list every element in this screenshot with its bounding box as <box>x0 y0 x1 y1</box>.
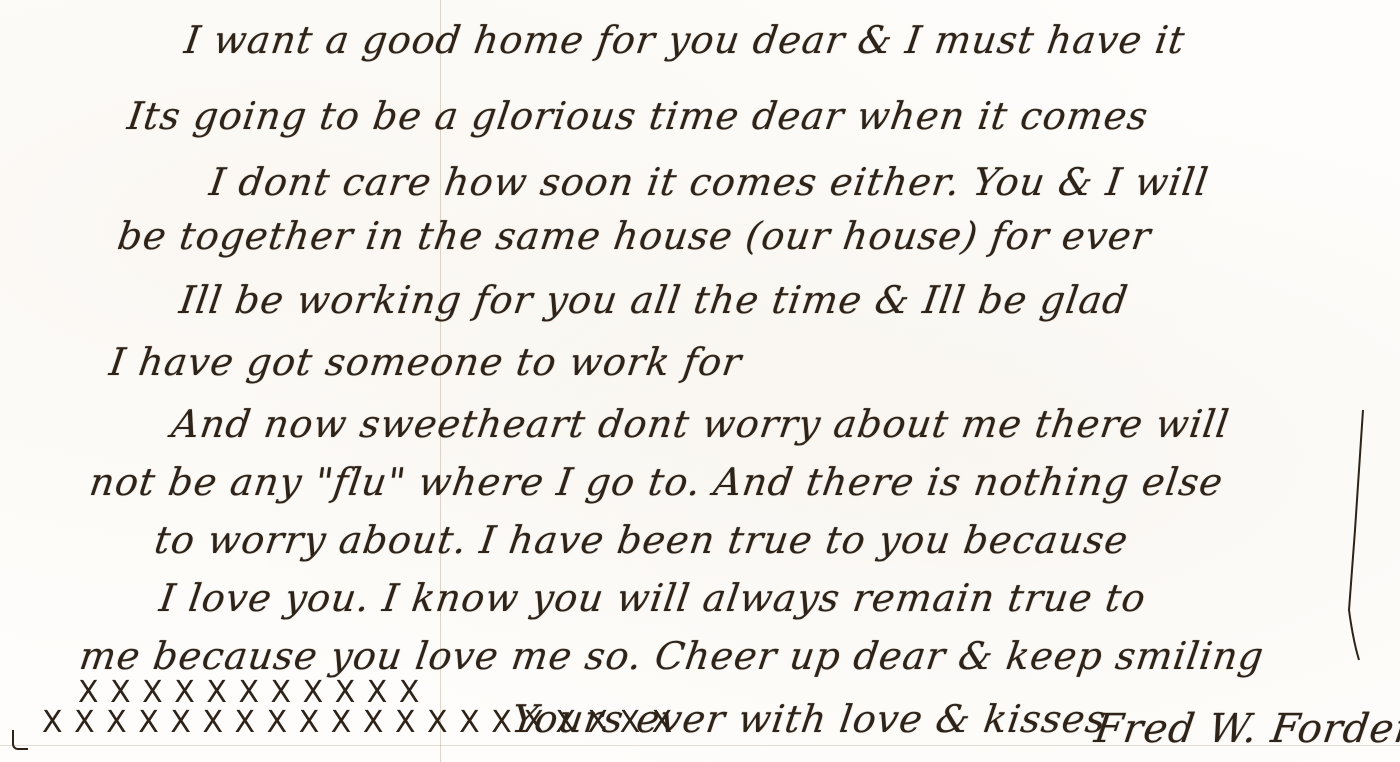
letter-line: I dont care how soon it comes either. Yo… <box>207 160 1212 204</box>
letter-line: I have got someone to work for <box>107 340 745 384</box>
letter-line: I love you. I know you will always remai… <box>157 576 1149 620</box>
letter-line: not be any "flu" where I go to. And ther… <box>87 460 1226 504</box>
letter-line: I want a good home for you dear & I must… <box>182 18 1188 62</box>
letter-closing: Yours ever with love & kisses <box>509 697 1109 741</box>
letter-line: be together in the same house (our house… <box>115 214 1154 258</box>
letter-paper: I want a good home for you dear & I must… <box>0 0 1400 762</box>
letter-line: And now sweetheart dont worry about me t… <box>169 402 1232 446</box>
letter-line: to worry about. I have been true to you … <box>152 518 1131 562</box>
letter-line: Its going to be a glorious time dear whe… <box>125 94 1151 138</box>
corner-mark <box>12 730 28 750</box>
letter-signature: Fred W. Forden <box>1092 706 1400 752</box>
letter-line: me because you love me so. Cheer up dear… <box>77 634 1267 678</box>
letter-line: Ill be working for you all the time & Il… <box>177 278 1131 322</box>
margin-bracket-icon <box>1335 410 1375 670</box>
